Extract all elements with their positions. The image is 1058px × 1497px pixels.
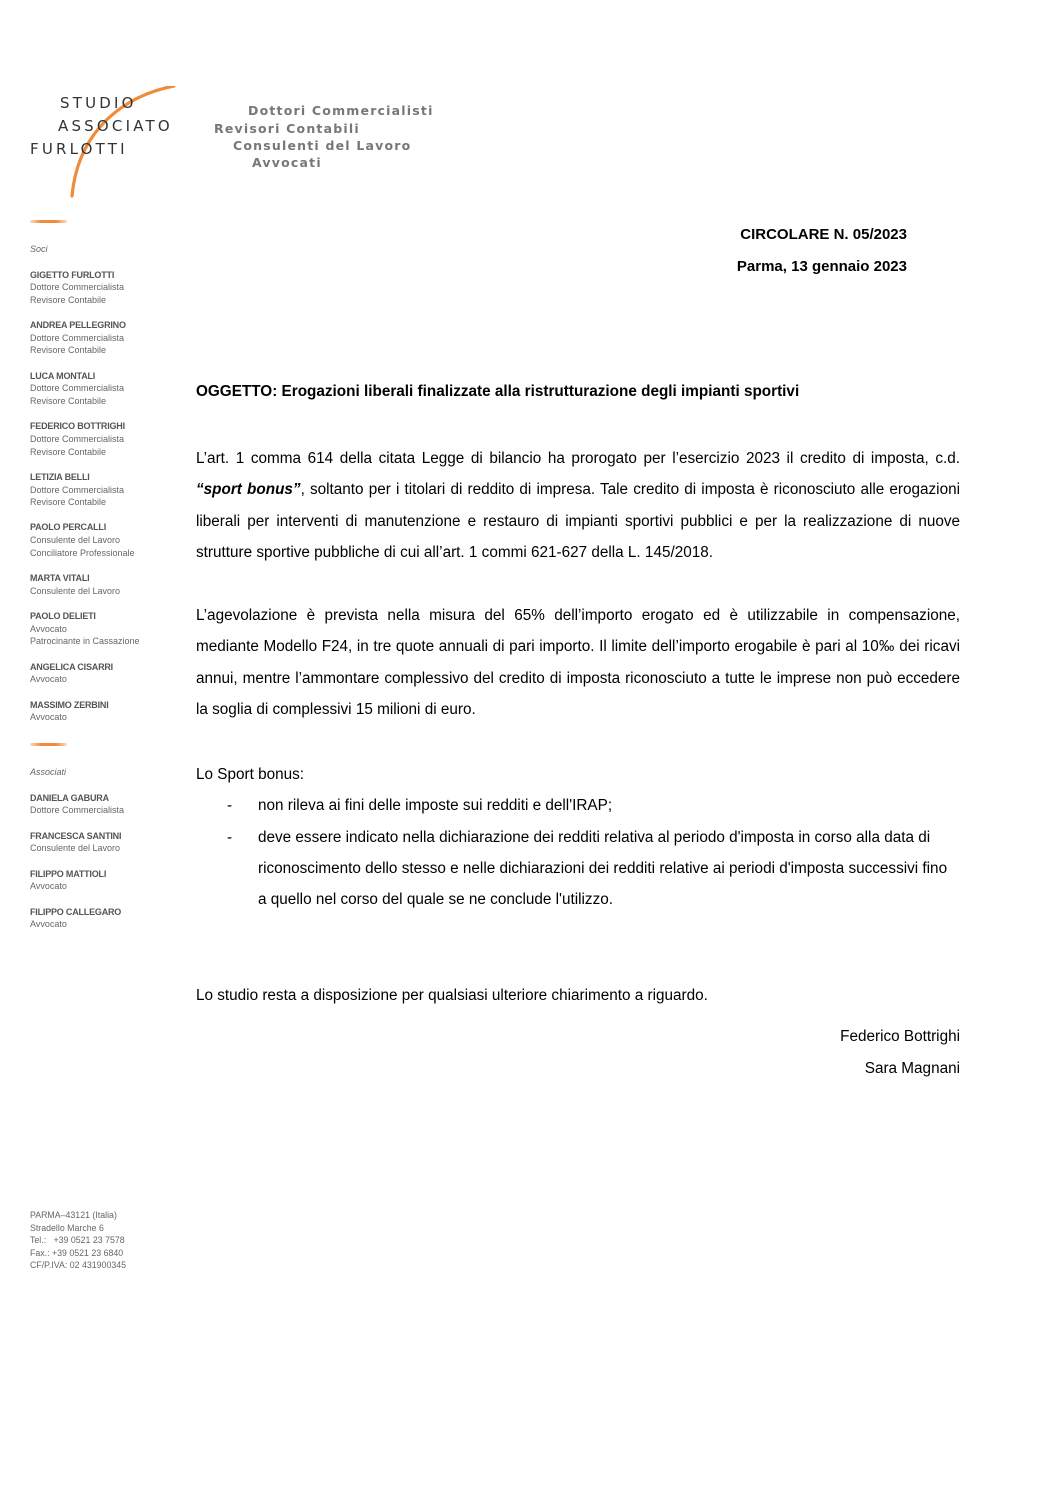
member-name: DANIELA GABURA <box>30 792 124 805</box>
member-role: Dottore Commercialista <box>30 433 140 446</box>
paragraph-1: L’art. 1 comma 614 della citata Legge di… <box>196 443 960 568</box>
associati-label: Associati <box>30 766 124 779</box>
studio-logo: STUDIO ASSOCIATO FURLOTTI <box>28 86 188 201</box>
member-role: Avvocato <box>30 623 140 636</box>
member-role: Patrocinante in Cassazione <box>30 635 140 648</box>
signature-1: Federico Bottrighi <box>840 1021 960 1053</box>
member-role: Dottore Commercialista <box>30 484 140 497</box>
member-name: FRANCESCA SANTINI <box>30 830 124 843</box>
member-entry: ANDREA PELLEGRINODottore CommercialistaR… <box>30 319 140 357</box>
list-item: - non rileva ai fini delle imposte sui r… <box>196 790 960 821</box>
member-role: Revisore Contabile <box>30 496 140 509</box>
member-role: Avvocato <box>30 880 124 893</box>
tagline-2: Revisori Contabili <box>214 121 360 136</box>
member-role: Consulente del Lavoro <box>30 842 124 855</box>
list-item: - deve essere indicato nella dichiarazio… <box>196 822 960 916</box>
footer-line: CF/P.IVA: 02 431900345 <box>30 1259 126 1272</box>
circolare-number: CIRCOLARE N. 05/2023 <box>740 226 907 243</box>
logo-line-3: FURLOTTI <box>30 140 128 158</box>
soci-label: Soci <box>30 243 140 256</box>
member-entry: LUCA MONTALIDottore CommercialistaReviso… <box>30 370 140 408</box>
tagline-4: Avvocati <box>252 155 322 170</box>
p1-emphasis: “sport bonus” <box>196 481 301 498</box>
member-name: LUCA MONTALI <box>30 370 140 383</box>
divider-top <box>30 220 67 223</box>
document-date: Parma, 13 gennaio 2023 <box>737 258 907 275</box>
subject-line: OGGETTO: Erogazioni liberali finalizzate… <box>196 383 799 401</box>
footer-line: PARMA–43121 (Italia) <box>30 1209 126 1222</box>
bullet-marker: - <box>196 822 258 916</box>
member-name: GIGETTO FURLOTTI <box>30 269 140 282</box>
member-entry: DANIELA GABURADottore Commercialista <box>30 792 124 817</box>
closing-line: Lo studio resta a disposizione per quals… <box>196 980 960 1011</box>
member-name: PAOLO DELIETI <box>30 610 140 623</box>
member-name: FILIPPO CALLEGARO <box>30 906 124 919</box>
member-entry: FRANCESCA SANTINIConsulente del Lavoro <box>30 830 124 855</box>
tagline-1: Dottori Commercialisti <box>248 103 434 118</box>
list-item-text: deve essere indicato nella dichiarazione… <box>258 822 960 916</box>
member-entry: LETIZIA BELLIDottore CommercialistaRevis… <box>30 471 140 509</box>
member-name: ANGELICA CISARRI <box>30 661 140 674</box>
member-entry: ANGELICA CISARRIAvvocato <box>30 661 140 686</box>
member-entry: PAOLO DELIETIAvvocatoPatrocinante in Cas… <box>30 610 140 648</box>
member-name: FEDERICO BOTTRIGHI <box>30 420 140 433</box>
member-entry: FILIPPO MATTIOLIAvvocato <box>30 868 124 893</box>
soci-list: GIGETTO FURLOTTIDottore CommercialistaRe… <box>30 269 140 724</box>
member-role: Avvocato <box>30 918 124 931</box>
sidebar-soci: Soci GIGETTO FURLOTTIDottore Commerciali… <box>30 243 140 737</box>
member-entry: MARTA VITALIConsulente del Lavoro <box>30 572 140 597</box>
footer-line: Tel.: +39 0521 23 7578 <box>30 1234 126 1247</box>
member-role: Revisore Contabile <box>30 294 140 307</box>
bullet-marker: - <box>196 790 258 821</box>
member-name: FILIPPO MATTIOLI <box>30 868 124 881</box>
sidebar-associati: Associati DANIELA GABURADottore Commerci… <box>30 766 124 944</box>
member-entry: PAOLO PERCALLIConsulente del LavoroConci… <box>30 521 140 559</box>
footer-line: Stradello Marche 6 <box>30 1222 126 1235</box>
member-role: Conciliatore Professionale <box>30 547 140 560</box>
member-role: Dottore Commercialista <box>30 332 140 345</box>
member-name: MASSIMO ZERBINI <box>30 699 140 712</box>
p1-text-before: L’art. 1 comma 614 della citata Legge di… <box>196 450 960 467</box>
member-role: Consulente del Lavoro <box>30 585 140 598</box>
member-role: Avvocato <box>30 673 140 686</box>
member-name: LETIZIA BELLI <box>30 471 140 484</box>
member-role: Revisore Contabile <box>30 395 140 408</box>
sport-bonus-list: Lo Sport bonus: - non rileva ai fini del… <box>196 759 960 915</box>
member-entry: GIGETTO FURLOTTIDottore CommercialistaRe… <box>30 269 140 307</box>
footer-address: PARMA–43121 (Italia)Stradello Marche 6Te… <box>30 1209 126 1272</box>
member-entry: FILIPPO CALLEGAROAvvocato <box>30 906 124 931</box>
footer-line: Fax.: +39 0521 23 6840 <box>30 1247 126 1260</box>
p1-text-after: , soltanto per i titolari di reddito di … <box>196 481 960 561</box>
associati-list: DANIELA GABURADottore CommercialistaFRAN… <box>30 792 124 931</box>
member-name: PAOLO PERCALLI <box>30 521 140 534</box>
member-name: ANDREA PELLEGRINO <box>30 319 140 332</box>
member-role: Avvocato <box>30 711 140 724</box>
member-entry: FEDERICO BOTTRIGHIDottore Commercialista… <box>30 420 140 458</box>
paragraph-2: L’agevolazione è prevista nella misura d… <box>196 600 960 725</box>
logo-line-2: ASSOCIATO <box>58 117 173 135</box>
member-role: Dottore Commercialista <box>30 804 124 817</box>
list-item-text: non rileva ai fini delle imposte sui red… <box>258 790 960 821</box>
member-role: Dottore Commercialista <box>30 382 140 395</box>
member-role: Revisore Contabile <box>30 344 140 357</box>
signature-2: Sara Magnani <box>865 1053 960 1085</box>
p2-text: L’agevolazione è prevista nella misura d… <box>196 600 960 725</box>
member-name: MARTA VITALI <box>30 572 140 585</box>
member-entry: MASSIMO ZERBINIAvvocato <box>30 699 140 724</box>
list-intro: Lo Sport bonus: <box>196 759 960 790</box>
member-role: Revisore Contabile <box>30 446 140 459</box>
logo-line-1: STUDIO <box>60 94 137 112</box>
member-role: Consulente del Lavoro <box>30 534 140 547</box>
member-role: Dottore Commercialista <box>30 281 140 294</box>
divider-middle <box>30 743 67 746</box>
tagline-3: Consulenti del Lavoro <box>233 138 411 153</box>
